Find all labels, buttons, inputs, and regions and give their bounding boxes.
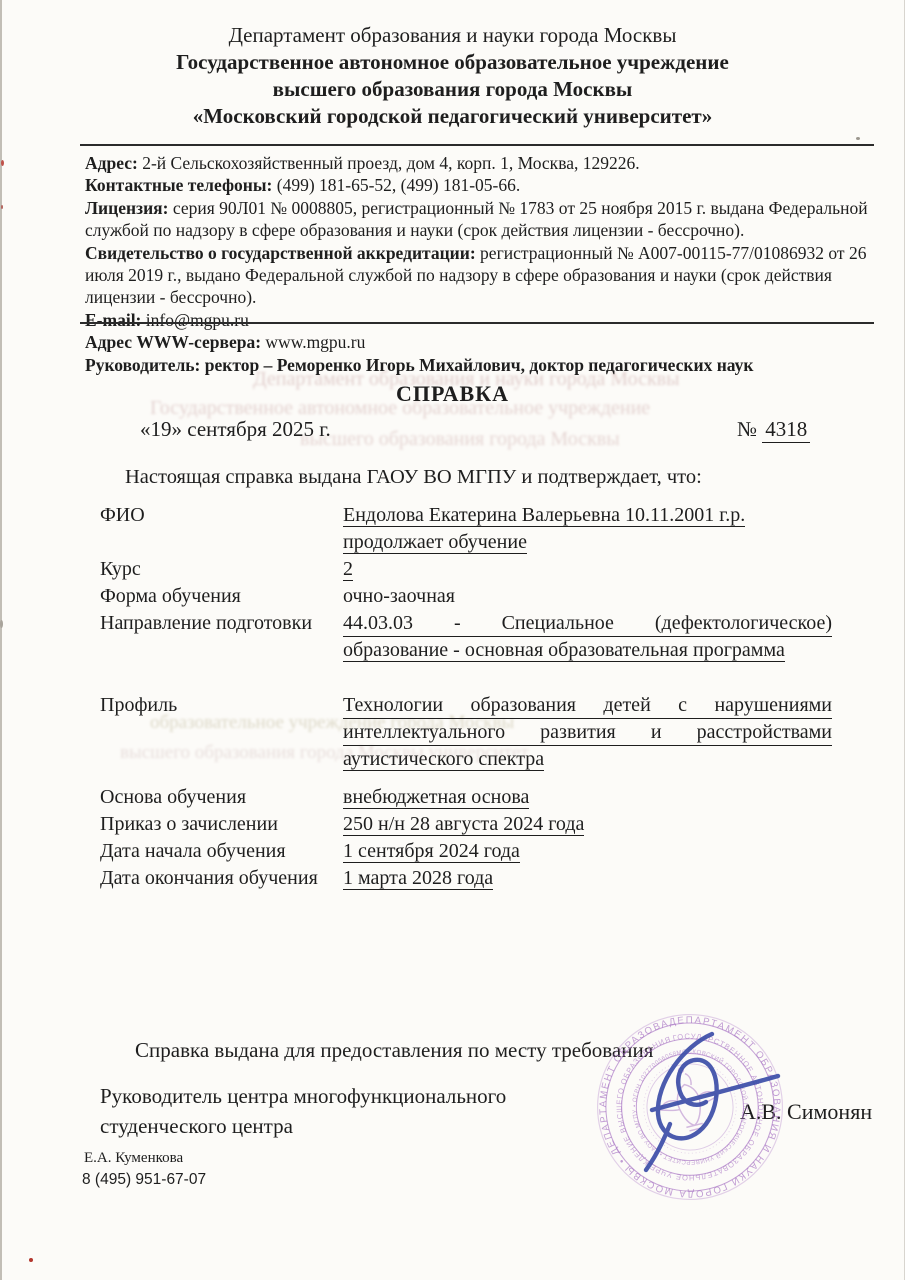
purpose-line: Справка выдана для предоставления по мес… — [135, 1038, 653, 1063]
field-label: Дата окончания обучения — [100, 865, 343, 892]
letterhead-department: Департамент образования и науки города М… — [0, 22, 905, 49]
field-label: Курс — [100, 556, 343, 583]
requisite-email: E-mail: info@mgpu.ru — [85, 309, 877, 331]
requisite-license: Лицензия: серия 90Л01 № 0008805, регистр… — [85, 197, 877, 242]
field-osnova: Основа обучения внебюджетная основа — [100, 784, 832, 811]
handwritten-signature — [600, 1012, 830, 1192]
field-label: Приказ о зачислении — [100, 811, 343, 838]
fields-table: ФИО Ендолова Екатерина Валерьевна 10.11.… — [100, 502, 832, 892]
contact-person: Е.А. Куменкова — [84, 1150, 183, 1167]
signer-role-line2: студенческого центра — [100, 1114, 293, 1139]
field-label: Профиль — [100, 692, 343, 773]
field-data-okonchaniya: Дата окончания обучения 1 марта 2028 год… — [100, 865, 832, 892]
field-prikaz: Приказ о зачислении 250 н/н 28 августа 2… — [100, 811, 832, 838]
number-sign: № — [737, 417, 757, 441]
requisite-accreditation: Свидетельство о государственной аккредит… — [85, 242, 877, 309]
number-value: 4318 — [762, 417, 810, 443]
document-page: Департамент образования и науки города М… — [0, 0, 905, 1280]
field-value: очно-заочная — [343, 583, 832, 610]
intro-sentence: Настоящая справка выдана ГАОУ ВО МГПУ и … — [125, 466, 702, 489]
document-date: «19» сентября 2025 г. — [140, 417, 331, 442]
field-value: 250 н/н 28 августа 2024 года — [343, 811, 832, 838]
scan-speck — [0, 620, 3, 628]
field-value: Технологии образования детей с нарушения… — [343, 692, 832, 773]
requisite-rector: Руководитель: ректор – Реморенко Игорь М… — [85, 354, 877, 376]
requisite-address: Адрес: 2-й Сельскохозяйственный проезд, … — [85, 152, 877, 174]
field-forma-obucheniya: Форма обучения очно-заочная — [100, 583, 832, 610]
scan-speck — [1, 205, 3, 209]
field-label: Направление подготовки — [100, 610, 343, 664]
horizontal-rule-top — [80, 144, 874, 146]
scan-edge-left — [0, 0, 2, 1280]
requisite-www: Адрес WWW-сервера: www.mgpu.ru — [85, 331, 877, 353]
field-kurs: Курс 2 — [100, 556, 832, 583]
field-value: 44.03.03 - Специальное (дефектологическо… — [343, 610, 832, 664]
field-data-nachala: Дата начала обучения 1 сентября 2024 год… — [100, 838, 832, 865]
signature-graphic — [600, 1012, 830, 1192]
field-profil: Профиль Технологии образования детей с н… — [100, 692, 832, 773]
ghost-bleed-text: высшего образования города Москвы — [300, 428, 620, 451]
field-value: Ендолова Екатерина Валерьевна 10.11.2001… — [343, 502, 832, 556]
letterhead-org-line1: Государственное автономное образовательн… — [0, 49, 905, 76]
field-label: Дата начала обучения — [100, 838, 343, 865]
field-value: внебюджетная основа — [343, 784, 832, 811]
horizontal-rule-bottom — [80, 322, 874, 324]
letterhead-org-line2: высшего образования города Москвы — [0, 76, 905, 103]
field-value: 1 сентября 2024 года — [343, 838, 832, 865]
scan-speck — [1, 160, 4, 166]
field-label: Основа обучения — [100, 784, 343, 811]
letterhead-org-line3: «Московский городской педагогический уни… — [0, 103, 905, 130]
field-fio: ФИО Ендолова Екатерина Валерьевна 10.11.… — [100, 502, 832, 556]
field-napravlenie: Направление подготовки 44.03.03 - Специа… — [100, 610, 832, 664]
field-value: 2 — [343, 556, 832, 583]
document-title: СПРАВКА — [0, 381, 905, 407]
scan-speck — [856, 137, 860, 140]
document-number: № 4318 — [737, 417, 810, 442]
requisite-phones: Контактные телефоны: (499) 181-65-52, (4… — [85, 174, 877, 196]
field-label: ФИО — [100, 502, 343, 556]
field-value: 1 марта 2028 года — [343, 865, 832, 892]
requisites-block: Адрес: 2-й Сельскохозяйственный проезд, … — [85, 152, 877, 376]
scan-speck — [29, 1258, 33, 1262]
field-label: Форма обучения — [100, 583, 343, 610]
letterhead: Департамент образования и науки города М… — [0, 22, 905, 130]
signer-role-line1: Руководитель центра многофункционального — [100, 1084, 506, 1109]
contact-phone: 8 (495) 951-67-07 — [82, 1171, 206, 1189]
